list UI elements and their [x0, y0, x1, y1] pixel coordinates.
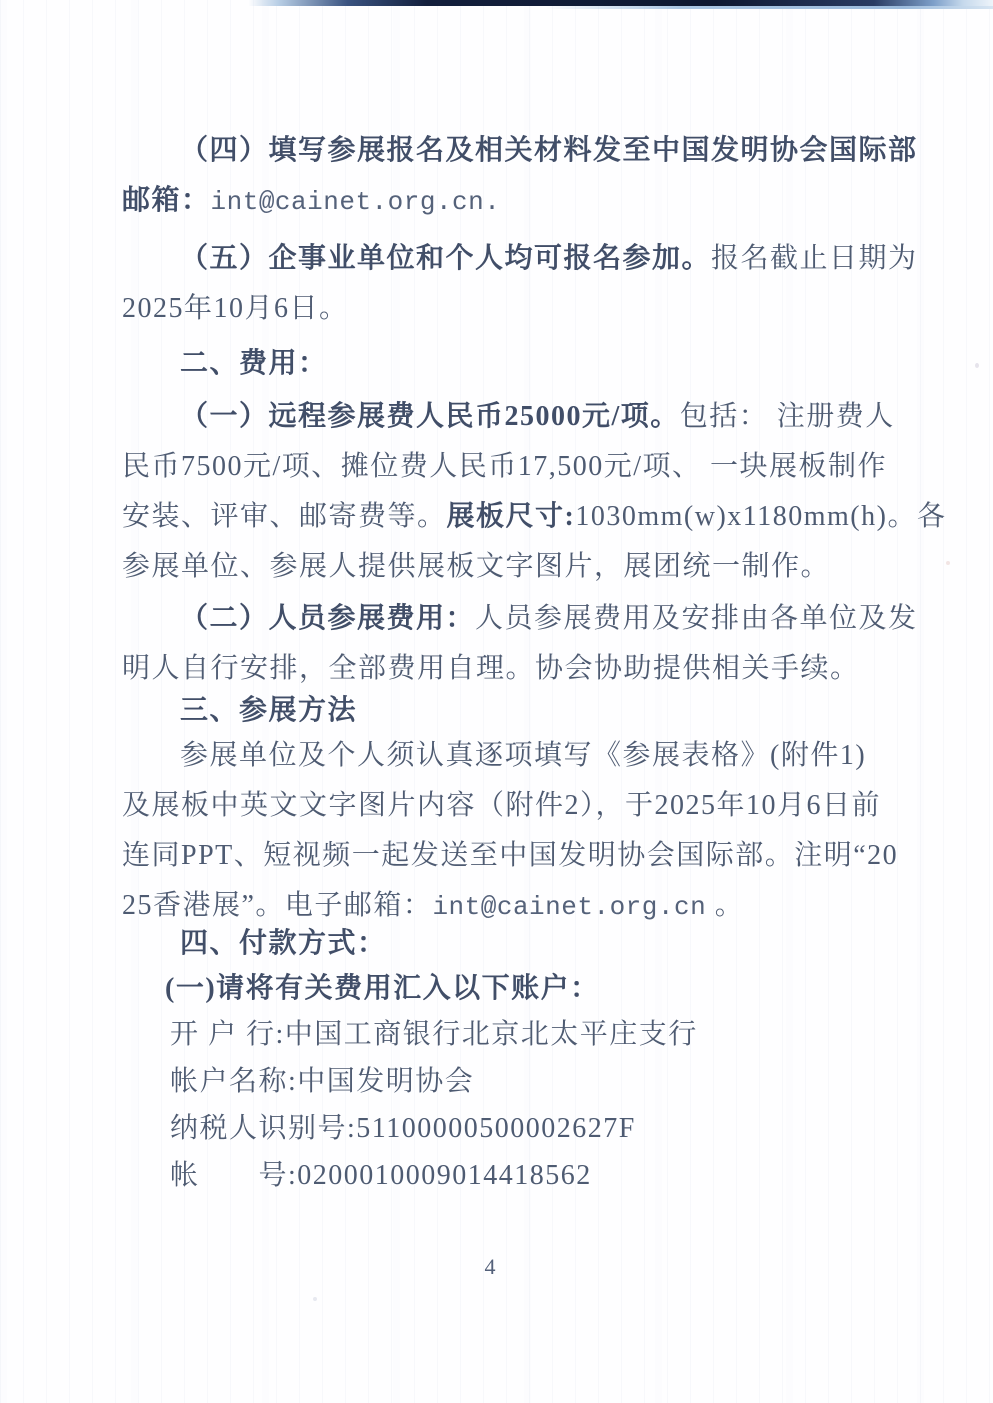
- account-number-text: 帐 号:0200010009014418562: [170, 1160, 592, 1191]
- method-line4-end-text: 。: [706, 890, 744, 921]
- text-line: 连同PPT、短视频一起发送至中国发明协会国际部。注明“20: [122, 831, 883, 881]
- fee1-includes-text: 包括： 注册费人: [680, 401, 895, 432]
- board-size-label: 展板尺寸:: [447, 501, 576, 532]
- text-line: 参展单位、参展人提供展板文字图片，展团统一制作。: [122, 542, 883, 592]
- text-line: （一）远程参展费人民币25000元/项。包括： 注册费人: [122, 392, 883, 442]
- method-title-text: 三、参展方法: [180, 695, 357, 726]
- fee1-production-text: 参展单位、参展人提供展板文字图片，展团统一制作。: [122, 551, 830, 582]
- fees-title-text: 二、费用：: [180, 348, 328, 379]
- text-line: (一)请将有关费用汇入以下账户：: [122, 964, 883, 1014]
- section-bank-details: 开 户 行:中国工商银行北京北太平庄支行 帐户名称:中国发明协会 纳税人识别号:…: [122, 1011, 883, 1199]
- account-name-text: 帐户名称:中国发明协会: [170, 1066, 474, 1097]
- method-email-address: int@cainet.org.cn: [432, 892, 706, 922]
- item4-heading-text: （四）填写参展报名及相关材料发至中国发明协会国际部: [180, 135, 918, 166]
- method-line3-text: 连同PPT、短视频一起发送至中国发明协会国际部。注明“20: [122, 840, 898, 871]
- text-line: 帐 号:0200010009014418562: [122, 1152, 883, 1199]
- bank-name-text: 开 户 行:中国工商银行北京北太平庄支行: [170, 1019, 698, 1050]
- method-line1-text: 参展单位及个人须认真逐项填写《参展表格》(附件1): [180, 740, 866, 771]
- tax-id-text: 纳税人识别号:51100000500002627F: [170, 1113, 636, 1144]
- fee1-breakdown-text: 民币7500元/项、摊位费人民币17,500元/项、 一块展板制作: [122, 451, 887, 482]
- text-line: 二、费用：: [122, 339, 883, 389]
- payment-intro-text: (一)请将有关费用汇入以下账户：: [165, 973, 600, 1004]
- fee2-desc-text: 人员参展费用及安排由各单位及发: [475, 603, 918, 634]
- method-line4-text: 25香港展”。电子邮箱：: [122, 890, 432, 921]
- document-body: （四）填写参展报名及相关材料发至中国发明协会国际部 邮箱：int@cainet.…: [0, 0, 993, 1199]
- section-item5: （五）企事业单位和个人均可报名参加。报名截止日期为 2025年10月6日。: [122, 234, 883, 334]
- item5-regular-text: 报名截止日期为: [711, 243, 918, 274]
- text-line: （四）填写参展报名及相关材料发至中国发明协会国际部: [122, 126, 883, 176]
- text-line: 开 户 行:中国工商银行北京北太平庄支行: [122, 1011, 883, 1058]
- document-page: （四）填写参展报名及相关材料发至中国发明协会国际部 邮箱：int@cainet.…: [0, 0, 993, 1403]
- email-label: 邮箱：: [122, 185, 211, 216]
- deadline-date-text: 2025年10月6日。: [122, 293, 349, 324]
- section-payment-intro: (一)请将有关费用汇入以下账户：: [122, 964, 883, 1014]
- fee2-label-text: （二）人员参展费用：: [180, 603, 475, 634]
- section-fees-title: 二、费用：: [122, 339, 883, 389]
- section-method-body: 参展单位及个人须认真逐项填写《参展表格》(附件1) 及展板中英文文字图片内容（附…: [122, 731, 883, 931]
- board-size-value: 1030mm(w)x1180mm(h)。各: [575, 501, 946, 532]
- text-line: 邮箱：int@cainet.org.cn.: [122, 176, 883, 226]
- text-line: 2025年10月6日。: [122, 284, 883, 334]
- email-address: int@cainet.org.cn.: [211, 187, 501, 217]
- text-line: 安装、评审、邮寄费等。展板尺寸:1030mm(w)x1180mm(h)。各: [122, 492, 883, 542]
- fee2-desc-line2-text: 明人自行安排，全部费用自理。协会协助提供相关手续。: [122, 653, 860, 684]
- section-item4: （四）填写参展报名及相关材料发至中国发明协会国际部 邮箱：int@cainet.…: [122, 126, 883, 226]
- text-line: 民币7500元/项、摊位费人民币17,500元/项、 一块展板制作: [122, 442, 883, 492]
- item5-bold-text: （五）企事业单位和个人均可报名参加。: [180, 243, 711, 274]
- payment-title-text: 四、付款方式：: [180, 928, 387, 959]
- section-fee-personnel: （二）人员参展费用：人员参展费用及安排由各单位及发 明人自行安排，全部费用自理。…: [122, 594, 883, 694]
- text-line: （二）人员参展费用：人员参展费用及安排由各单位及发: [122, 594, 883, 644]
- method-line2-text: 及展板中英文文字图片内容（附件2），于2025年10月6日前: [122, 790, 881, 821]
- text-line: 参展单位及个人须认真逐项填写《参展表格》(附件1): [122, 731, 883, 781]
- scan-speck: [313, 1297, 317, 1301]
- text-line: （五）企事业单位和个人均可报名参加。报名截止日期为: [122, 234, 883, 284]
- section-fee-remote: （一）远程参展费人民币25000元/项。包括： 注册费人 民币7500元/项、摊…: [122, 392, 883, 592]
- text-line: 及展板中英文文字图片内容（附件2），于2025年10月6日前: [122, 781, 883, 831]
- fee1-bold-text: （一）远程参展费人民币25000元/项。: [180, 401, 680, 432]
- text-line: 帐户名称:中国发明协会: [122, 1058, 883, 1105]
- page-number: 4: [0, 1252, 980, 1282]
- text-line: 纳税人识别号:51100000500002627F: [122, 1105, 883, 1152]
- fee1-services-text: 安装、评审、邮寄费等。: [122, 501, 447, 532]
